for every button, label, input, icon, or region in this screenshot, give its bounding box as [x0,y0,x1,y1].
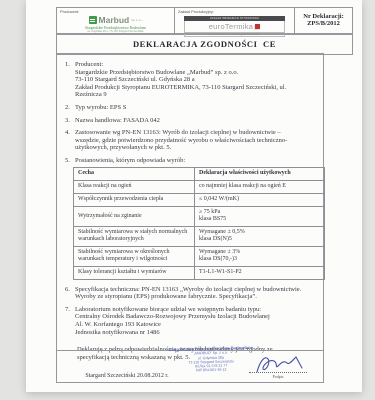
section-line: Jednostka notyfikowana nr 1486 [75,329,304,337]
section-line: 73-110 Stargard Szczeciński ul. Gdyńska … [75,76,304,84]
marbud-logo-icon [89,16,97,24]
section-line: Stargardzkie Przedsiębiorstwo Budowlane … [75,69,304,77]
section-producent: 1. Producent: Stargardzkie Przedsiębiors… [63,61,318,99]
title-bar: DEKLARACJA ZGODNOŚCI CE [56,33,353,55]
section-title: Specyfikacja techniczna: PN-EN 13163 „Wy… [75,286,318,301]
signature-block: Podpis [247,353,309,379]
section-specyfikacja: 6. Specyfikacja techniczna: PN-EN 13163 … [63,286,318,301]
marbud-name: Marbud [99,15,130,25]
feature-cell: Klasy tolerancji kształtu i wymiarów [74,266,195,279]
feature-cell: Stabilność wymiarowa w stałych normalnyc… [74,226,195,246]
value-cell: T1-L1-W1-S1-P2 [195,266,325,279]
column-header-feature: Cecha [74,167,195,180]
section-title: Producent: [75,61,304,69]
signature-footer: Stargard Szczeciński 20.08.2012 r. Starg… [57,350,323,382]
section-number: 4. [63,129,75,152]
producer-label: Producent: [60,9,171,14]
declaration-number-label: Nr Deklaracji: [298,13,349,20]
section-line: Zakład Produkcji Styropianu EUROTERMIKA,… [75,84,304,99]
table-row: Klasa reakcji na ogień co najmniej klasa… [74,180,325,193]
section-nazwa-handlowa: 3. Nazwa handlowa: FASADA 042 [63,117,318,125]
declaration-number-cell: Nr Deklaracji: ZPS/B/2012 [294,8,352,34]
marbud-logo: Marbud Sp. z o.o. [60,15,171,25]
value-cell: co najmniej klasa reakcji na ogień E [195,180,325,193]
value-cell: Wymagane ± 0,5% klasa DS(N)5 [195,226,325,246]
page-title: DEKLARACJA ZGODNOŚCI CE [133,39,276,49]
section-number: 2. [63,104,75,112]
feature-cell: Współczynnik przewodzenia ciepła [74,193,195,206]
section-number: 5. [63,157,75,165]
section-zastosowanie: 4. Zastosowanie wg PN-EN 13163: Wyrób do… [63,129,318,152]
section-laboratorium: 7. Laboratorium notyfikowane biorące udz… [63,306,318,336]
section-title: Typ wyrobu: EPS S [75,104,318,112]
column-header-declared: Deklaracja właściwości użytkowych [195,167,325,180]
signature-dotted-line [249,372,307,373]
feature-cell: Klasa reakcji na ogień [74,180,195,193]
declaration-number-value: ZPS/B/2012 [298,20,349,27]
body-frame: 1. Producent: Stargardzkie Przedsiębiors… [56,53,324,383]
section-number: 7. [63,306,75,336]
table-row: Współczynnik przewodzenia ciepła ≤ 0,042… [74,193,325,206]
marbud-suffix: Sp. z o.o. [131,18,142,22]
plant-cell: Zakład Produkcyjny: ZAKŁAD PRODUKCJI STY… [174,8,294,34]
properties-table: Cecha Deklaracja właściwości użytkowych … [73,167,325,280]
producer-cell: Producent: Marbud Sp. z o.o. Stargardzki… [57,8,174,34]
table-row: Wytrzymałość na zginanie ≥ 75 kPa klasa … [74,206,325,226]
section-title: Postanowienia, którym odpowiada wyrób: [75,157,318,165]
plant-label: Zakład Produkcyjny: [178,9,291,14]
section-line: Al. W. Korfantego 193 Katowice [75,321,304,329]
value-cell: ≤ 0,042 W/(mK) [195,193,325,206]
section-postanowienia: 5. Postanowienia, którym odpowiada wyrób… [63,157,318,165]
feature-cell: Wytrzymałość na zginanie [74,206,195,226]
section-number: 6. [63,286,75,301]
section-typ-wyrobu: 2. Typ wyrobu: EPS S [63,104,318,112]
header-table: Producent: Marbud Sp. z o.o. Stargardzki… [56,7,353,35]
table-row: Klasy tolerancji kształtu i wymiarów T1-… [74,266,325,279]
table-row: Stabilność wymiarowa w stałych normalnyc… [74,226,325,246]
eurotermika-red-square-icon [255,24,260,29]
place-and-date: Stargard Szczeciński 20.08.2012 r. [67,373,187,379]
section-title: Laboratorium notyfikowane biorące udział… [75,306,304,314]
value-cell: ≥ 75 kPa klasa BS75 [195,206,325,226]
signature-label: Podpis [247,374,309,379]
section-title: Zastosowanie wg PN-EN 13163: Wyrób do iz… [75,129,318,152]
value-cell: Wymagane ± 3% klasa DS(70,-)3 [195,246,325,266]
feature-cell: Stabilność wymiarowa w określonych warun… [74,246,195,266]
document-page: Producent: Marbud Sp. z o.o. Stargardzki… [26,0,362,392]
section-title: Nazwa handlowa: FASADA 042 [75,117,318,125]
section-number: 1. [63,61,75,99]
eurotermika-name: euroTermika [209,22,254,31]
table-row: Stabilność wymiarowa w określonych warun… [74,246,325,266]
table-header-row: Cecha Deklaracja właściwości użytkowych [74,167,325,180]
section-number: 3. [63,117,75,125]
section-line: Centralny Ośrodek Badawczo-Rozwojowy Prz… [75,313,304,321]
